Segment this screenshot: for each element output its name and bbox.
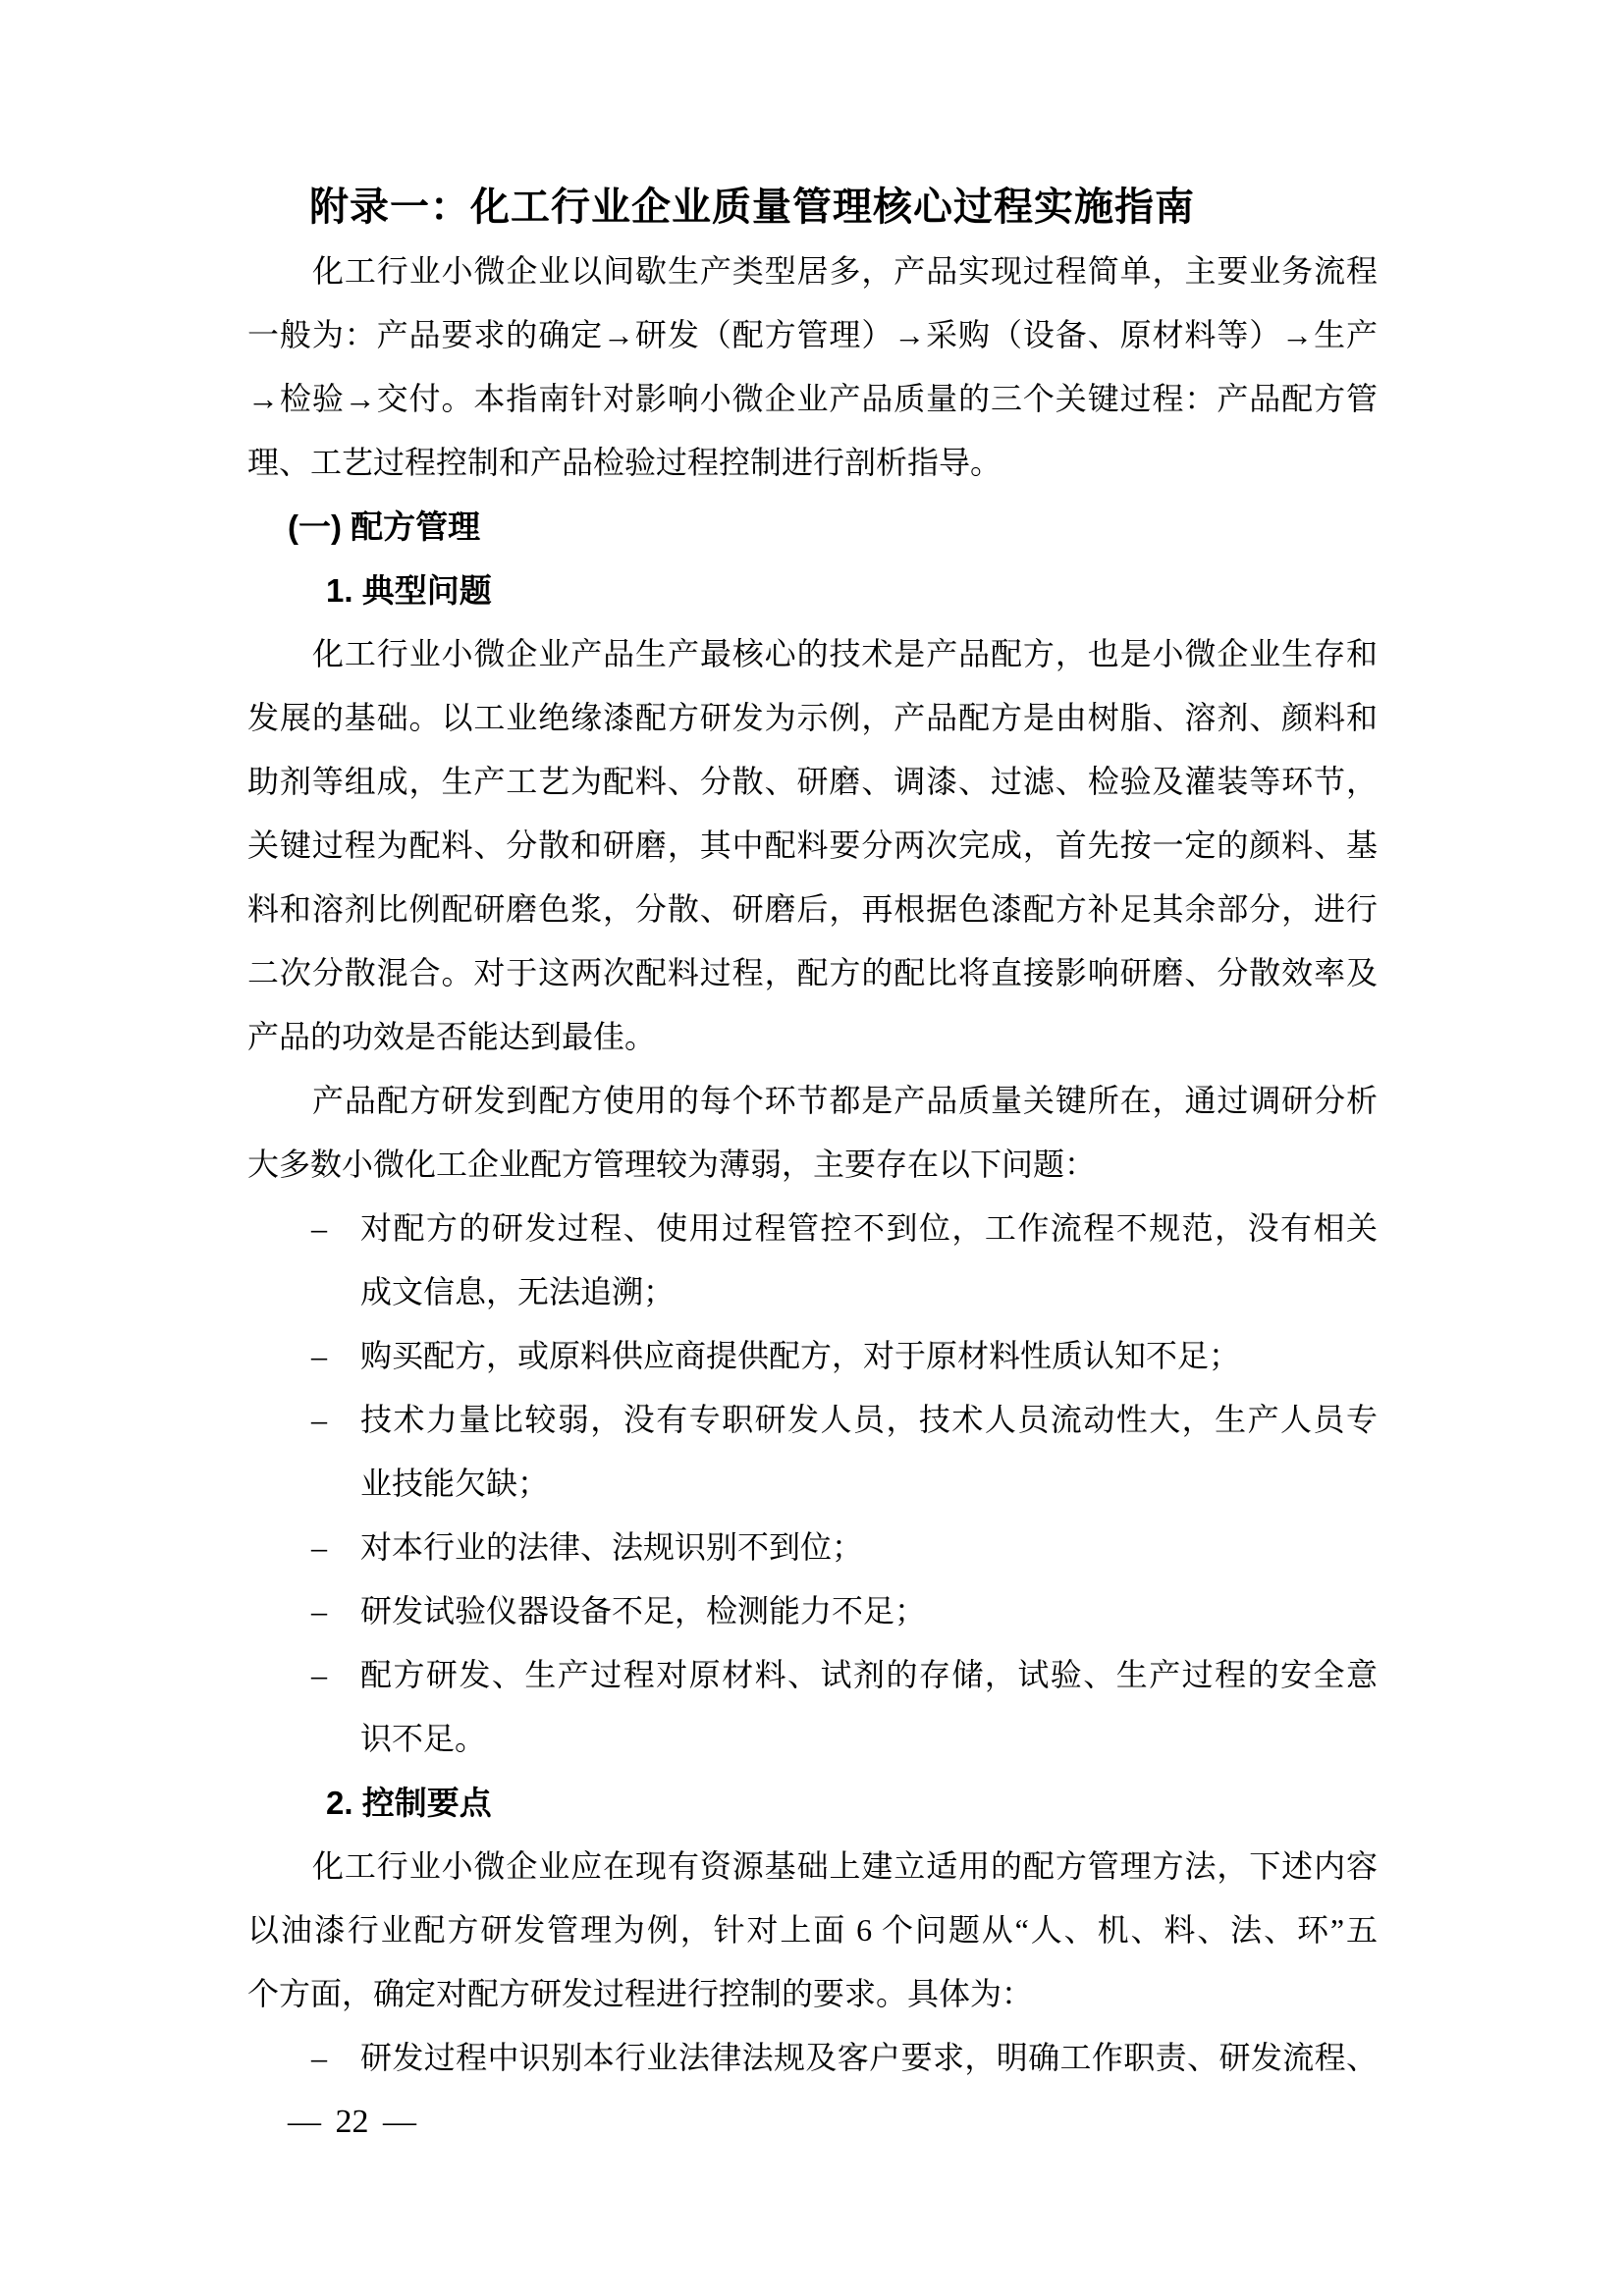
bullet-line: –技术力量比较弱，没有专职研发人员，技术人员流动性大，生产人员专: [247, 1388, 1378, 1452]
bullet-line-continuation: 成文信息，无法追溯；: [247, 1260, 1378, 1324]
bullet-dash-icon: –: [311, 1516, 327, 1579]
paragraph-line: 产品的功效是否能达到最佳。: [247, 1005, 1378, 1069]
paragraph-line: 化工行业小微企业以间歇生产类型居多，产品实现过程简单，主要业务流程: [247, 240, 1378, 303]
page-number: — 22 —: [247, 2090, 1378, 2154]
bullet-dash-icon: –: [311, 1643, 327, 1707]
paragraph-line: 化工行业小微企业应在现有资源基础上建立适用的配方管理方法，下述内容: [247, 1835, 1378, 1898]
paragraph-line: 发展的基础。以工业绝缘漆配方研发为示例，产品配方是由树脂、溶剂、颜料和: [247, 686, 1378, 750]
paragraph-line: 理、工艺过程控制和产品检验过程控制进行剖析指导。: [247, 431, 1378, 495]
paragraph-line: 化工行业小微企业产品生产最核心的技术是产品配方，也是小微企业生存和: [247, 622, 1378, 686]
paragraph-line: 以油漆行业配方研发管理为例，针对上面 6 个问题从“人、机、料、法、环”五: [247, 1898, 1378, 1962]
bullet-line-continuation: 业技能欠缺；: [247, 1452, 1378, 1516]
document-page: 附录一：化工行业企业质量管理核心过程实施指南化工行业小微企业以间歇生产类型居多，…: [0, 0, 1624, 2296]
paragraph-line: 产品配方研发到配方使用的每个环节都是产品质量关键所在，通过调研分析: [247, 1069, 1378, 1133]
bullet-text: 购买配方，或原料供应商提供配方，对于原材料性质认知不足；: [360, 1338, 1240, 1373]
bullet-dash-icon: –: [311, 1579, 327, 1643]
subsection-heading: 1. 典型问题: [247, 559, 1378, 622]
paragraph-line: →检验→交付。本指南针对影响小微企业产品质量的三个关键过程：产品配方管: [247, 367, 1378, 431]
bullet-dash-icon: –: [311, 1324, 327, 1388]
paragraph-line: 个方面，确定对配方研发过程进行控制的要求。具体为：: [247, 1962, 1378, 2026]
paragraph-line: 料和溶剂比例配研磨色浆，分散、研磨后，再根据色漆配方补足其余部分，进行: [247, 878, 1378, 941]
bullet-dash-icon: –: [311, 1197, 327, 1260]
document-body: 附录一：化工行业企业质量管理核心过程实施指南化工行业小微企业以间歇生产类型居多，…: [247, 176, 1378, 2154]
paragraph-line: 助剂等组成，生产工艺为配料、分散、研磨、调漆、过滤、检验及灌装等环节，: [247, 750, 1378, 814]
bullet-line: –对本行业的法律、法规识别不到位；: [247, 1516, 1378, 1579]
bullet-line: –对配方的研发过程、使用过程管控不到位，工作流程不规范，没有相关: [247, 1197, 1378, 1260]
bullet-text: 技术力量比较弱，没有专职研发人员，技术人员流动性大，生产人员专: [360, 1402, 1378, 1437]
section-heading: (一) 配方管理: [247, 495, 1378, 559]
bullet-dash-icon: –: [311, 1388, 327, 1452]
bullet-text: 研发过程中识别本行业法律法规及客户要求，明确工作职责、研发流程、: [360, 2040, 1378, 2075]
paragraph-line: 一般为：产品要求的确定→研发（配方管理）→采购（设备、原材料等）→生产: [247, 303, 1378, 367]
bullet-text: 研发试验仪器设备不足，检测能力不足；: [360, 1593, 926, 1629]
page-title: 附录一：化工行业企业质量管理核心过程实施指南: [247, 176, 1378, 240]
paragraph-line: 大多数小微化工企业配方管理较为薄弱，主要存在以下问题：: [247, 1133, 1378, 1197]
bullet-line: –研发试验仪器设备不足，检测能力不足；: [247, 1579, 1378, 1643]
paragraph-line: 二次分散混合。对于这两次配料过程，配方的配比将直接影响研磨、分散效率及: [247, 941, 1378, 1005]
bullet-text: 对配方的研发过程、使用过程管控不到位，工作流程不规范，没有相关: [360, 1210, 1378, 1246]
bullet-line: –购买配方，或原料供应商提供配方，对于原材料性质认知不足；: [247, 1324, 1378, 1388]
bullet-line-continuation: 识不足。: [247, 1707, 1378, 1771]
paragraph-line: 关键过程为配料、分散和研磨，其中配料要分两次完成，首先按一定的颜料、基: [247, 814, 1378, 878]
subsection-heading: 2. 控制要点: [247, 1771, 1378, 1835]
bullet-text: 对本行业的法律、法规识别不到位；: [360, 1529, 863, 1565]
bullet-line: –配方研发、生产过程对原材料、试剂的存储，试验、生产过程的安全意: [247, 1643, 1378, 1707]
bullet-dash-icon: –: [311, 2026, 327, 2090]
bullet-line: –研发过程中识别本行业法律法规及客户要求，明确工作职责、研发流程、: [247, 2026, 1378, 2090]
bullet-text: 配方研发、生产过程对原材料、试剂的存储，试验、生产过程的安全意: [360, 1657, 1378, 1692]
